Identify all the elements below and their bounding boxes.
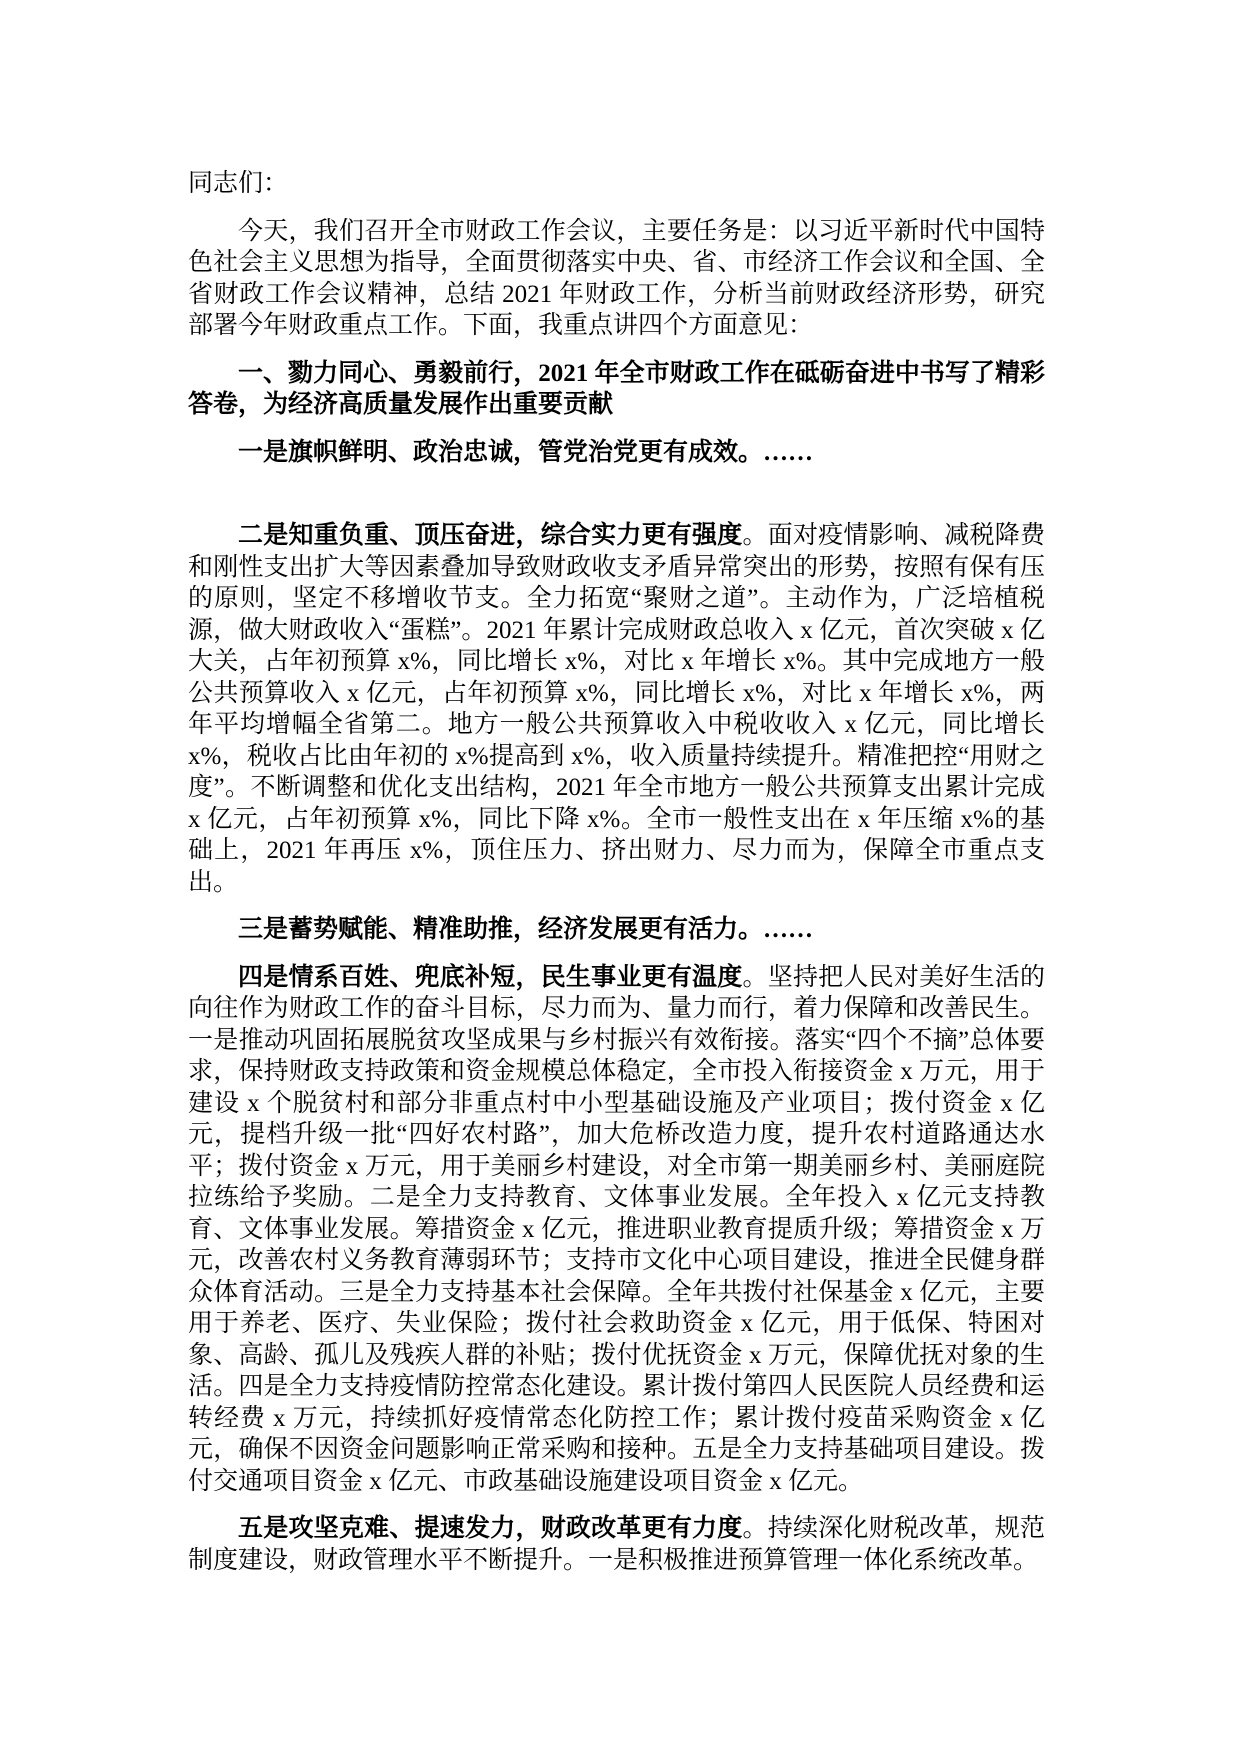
point-2-body: 。面对疫情影响、减税降费和刚性支出扩大等因素叠加导致财政收支矛盾异常突出的形势，…: [188, 522, 1045, 896]
point-4-body: 。坚持把人民对美好生活的向往作为财政工作的奋斗目标，尽力而为、量力而行，着力保障…: [188, 964, 1045, 1495]
blank-line-spacer: [188, 484, 1045, 504]
point-5-lead: 五是攻坚克难、提速发力，财政改革更有力度: [238, 1515, 743, 1542]
section-1-heading: 一、勠力同心、勇毅前行，2021 年全市财政工作在砥砺奋进中书写了精彩答卷，为经…: [188, 358, 1045, 421]
point-2-paragraph: 二是知重负重、顶压奋进，综合实力更有强度。面对疫情影响、减税降费和刚性支出扩大等…: [188, 520, 1045, 898]
point-2-lead: 二是知重负重、顶压奋进，综合实力更有强度: [238, 522, 743, 549]
point-4-paragraph: 四是情系百姓、兜底补短，民生事业更有温度。坚持把人民对美好生活的向往作为财政工作…: [188, 962, 1045, 1498]
point-5-paragraph: 五是攻坚克难、提速发力，财政改革更有力度。持续深化财税改革，规范制度建设，财政管…: [188, 1513, 1045, 1576]
point-1-line: 一是旗帜鲜明、政治忠诚，管党治党更有成效。……: [188, 437, 1045, 469]
point-4-lead: 四是情系百姓、兜底补短，民生事业更有温度: [238, 964, 743, 991]
point-3-line: 三是蓄势赋能、精准助推，经济发展更有活力。……: [188, 914, 1045, 946]
intro-paragraph: 今天，我们召开全市财政工作会议，主要任务是：以习近平新时代中国特色社会主义思想为…: [188, 216, 1045, 342]
document-page: 同志们： 今天，我们召开全市财政工作会议，主要任务是：以习近平新时代中国特色社会…: [0, 0, 1240, 1754]
salutation: 同志们：: [188, 168, 1045, 200]
